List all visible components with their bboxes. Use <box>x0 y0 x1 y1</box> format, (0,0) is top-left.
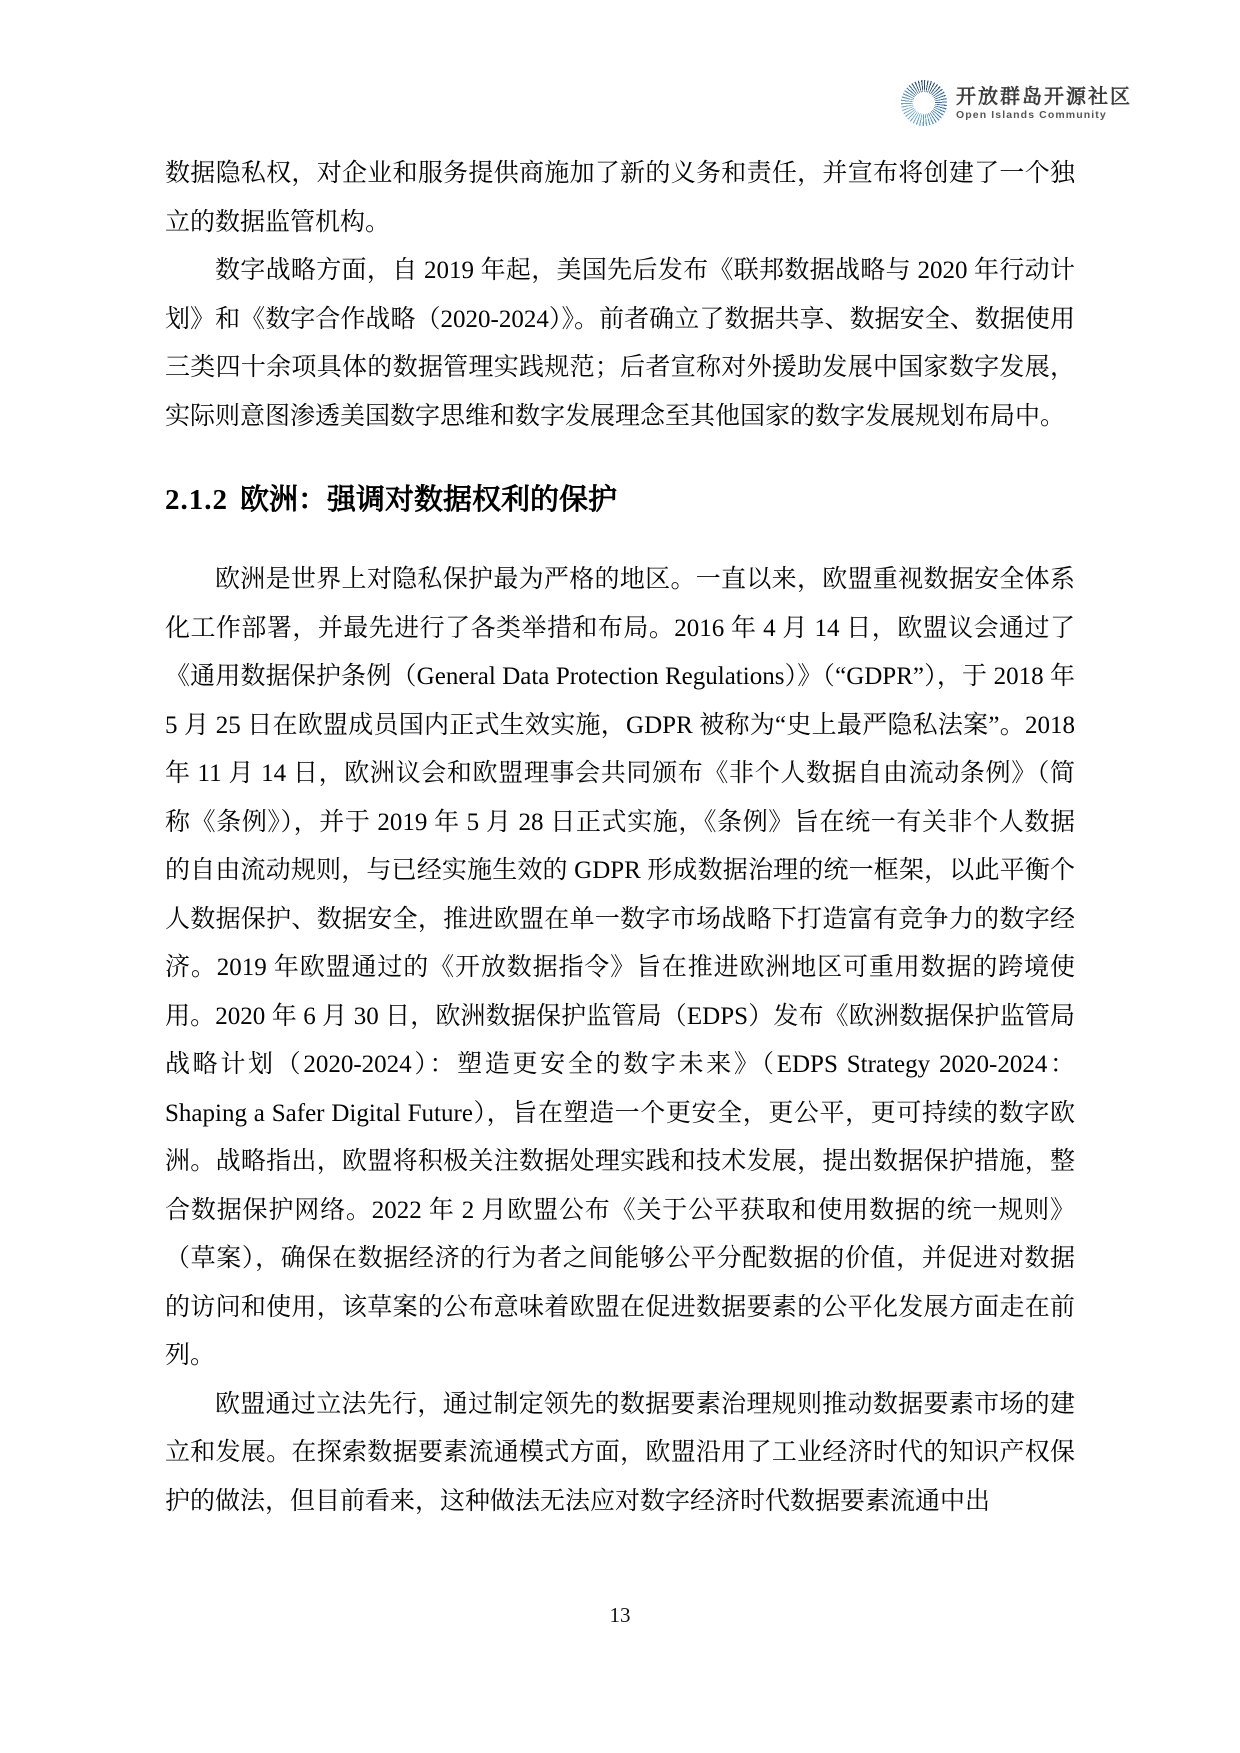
logo: 开放群岛开源社区 Open Islands Community <box>901 80 1132 126</box>
document-page: 开放群岛开源社区 Open Islands Community 数据隐私权，对企… <box>0 0 1240 1753</box>
paragraph-eu-legislation: 欧盟通过立法先行，通过制定领先的数据要素治理规则推动数据要素市场的建立和发展。在… <box>165 1381 1075 1527</box>
paragraph-us-strategy: 数字战略方面，自 2019 年起，美国先后发布《联邦数据战略与 2020 年行动… <box>165 247 1075 441</box>
page-content: 数据隐私权，对企业和服务提供商施加了新的义务和责任，并宣布将创建了一个独立的数据… <box>165 150 1075 1526</box>
section-heading: 2.1.2欧洲：强调对数据权利的保护 <box>165 482 1075 518</box>
paragraph-continuation: 数据隐私权，对企业和服务提供商施加了新的义务和责任，并宣布将创建了一个独立的数据… <box>165 150 1075 247</box>
sunburst-logo-icon <box>901 80 947 126</box>
section-title: 欧洲：强调对数据权利的保护 <box>240 484 617 516</box>
page-number: 13 <box>0 1602 1240 1628</box>
logo-name-chinese: 开放群岛开源社区 <box>956 85 1132 109</box>
paragraph-europe: 欧洲是世界上对隐私保护最为严格的地区。一直以来，欧盟重视数据安全体系化工作部署，… <box>165 556 1075 1381</box>
section-number: 2.1.2 <box>165 484 228 516</box>
logo-name-english: Open Islands Community <box>956 109 1132 122</box>
logo-text: 开放群岛开源社区 Open Islands Community <box>956 85 1132 122</box>
